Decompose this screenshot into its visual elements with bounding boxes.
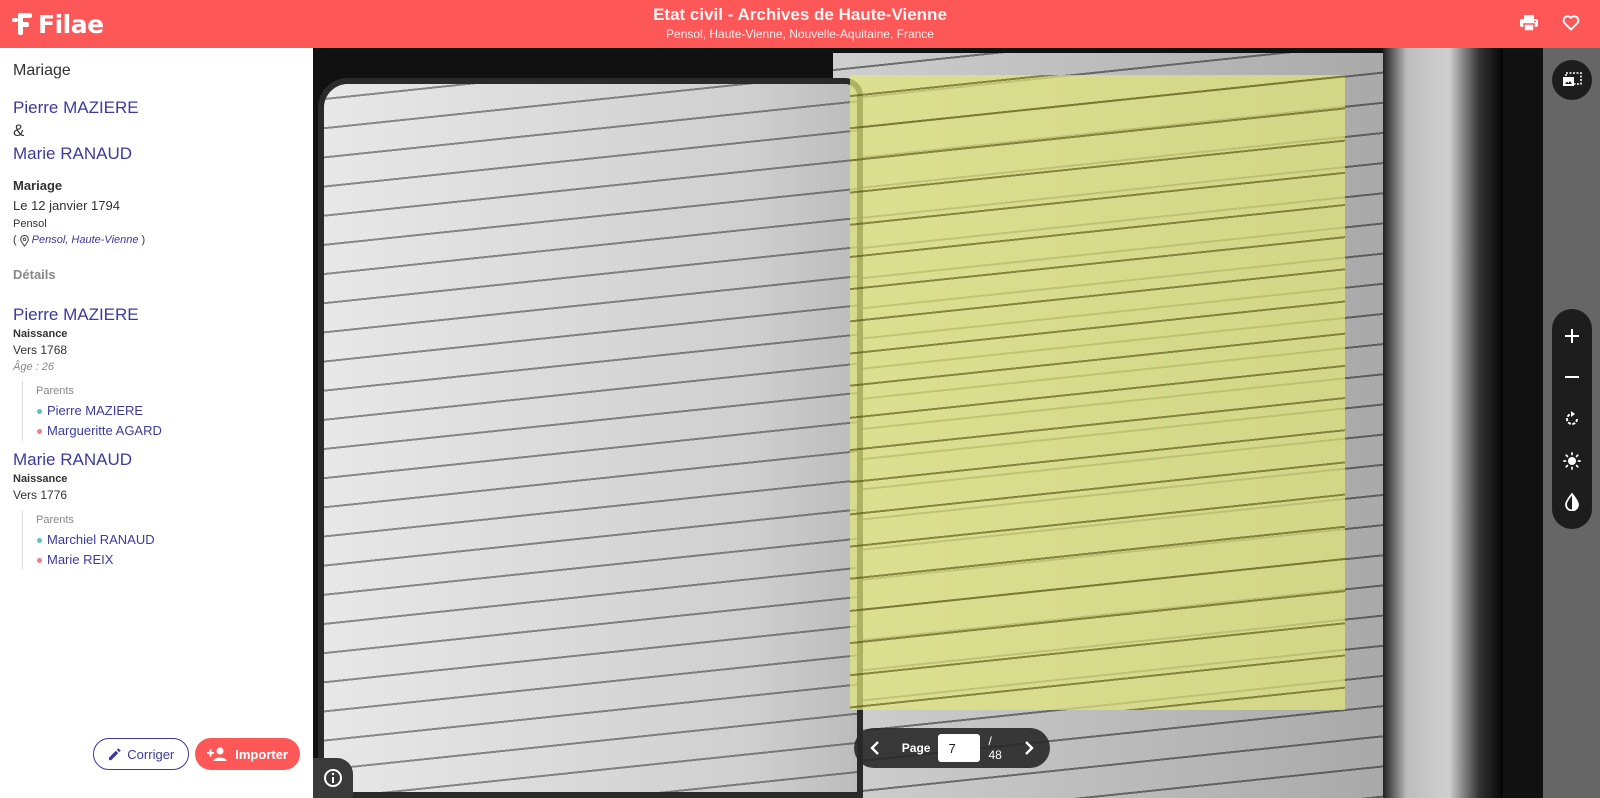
- parent-father-link[interactable]: Pierre MAZIERE: [36, 401, 300, 421]
- loc-open-paren: (: [13, 232, 17, 249]
- person-name-link[interactable]: Pierre MAZIERE: [13, 304, 300, 326]
- parent-mother-link[interactable]: Marie REIX: [36, 550, 300, 570]
- male-dot-icon: [37, 538, 42, 543]
- spouse-2-link[interactable]: Marie RANAUD: [13, 142, 300, 165]
- printer-icon: [1520, 15, 1538, 31]
- next-page-button[interactable]: [1020, 739, 1038, 757]
- zoom-out-button[interactable]: [1558, 363, 1586, 391]
- zoom-in-button[interactable]: [1558, 322, 1586, 350]
- parent-name: Pierre MAZIERE: [47, 401, 143, 421]
- previous-page-button[interactable]: [866, 739, 884, 757]
- info-button[interactable]: [313, 758, 353, 798]
- zoom-in-icon: [1564, 328, 1580, 344]
- event-type: Mariage: [13, 177, 300, 195]
- event-block: Mariage Le 12 janvier 1794 Pensol ( Pens…: [13, 177, 300, 249]
- favorite-button[interactable]: [1560, 12, 1582, 34]
- couple-separator: &: [13, 119, 300, 142]
- page-title: Etat civil - Archives de Haute-Vienne: [0, 4, 1600, 26]
- rotate-icon: [1564, 411, 1580, 427]
- parents-list: Parents Marchiel RANAUD Marie REIX: [22, 510, 300, 570]
- page-label: Page: [902, 741, 931, 755]
- chevron-right-icon: [1024, 741, 1034, 755]
- parent-father-link[interactable]: Marchiel RANAUD: [36, 530, 300, 550]
- page-number-input[interactable]: [938, 734, 980, 762]
- heart-icon: [1562, 15, 1580, 31]
- details-heading: Détails: [13, 267, 300, 282]
- map-pin-icon: [19, 235, 30, 247]
- chevron-left-icon: [870, 741, 880, 755]
- add-person-icon: [207, 747, 227, 761]
- event-location: ( Pensol, Haute-Vienne ): [13, 232, 300, 249]
- record-highlight: [850, 75, 1345, 710]
- person-birth-date: Vers 1776: [13, 487, 300, 504]
- page-total: / 48: [988, 734, 1008, 762]
- loc-close-paren: ): [142, 232, 146, 249]
- print-button[interactable]: [1518, 12, 1540, 34]
- sidebar-actions: Corriger Importer: [93, 738, 300, 770]
- male-dot-icon: [37, 409, 42, 414]
- female-dot-icon: [37, 558, 42, 563]
- parent-mother-link[interactable]: Margueritte AGARD: [36, 421, 300, 441]
- import-label: Importer: [235, 747, 288, 762]
- header-center: Etat civil - Archives de Haute-Vienne Pe…: [0, 4, 1600, 42]
- contrast-button[interactable]: [1558, 488, 1586, 516]
- brightness-icon: [1563, 452, 1581, 470]
- page-navigator: Page / 48: [854, 728, 1050, 768]
- person-age: Âge : 26: [13, 359, 300, 375]
- document-image[interactable]: [313, 48, 1543, 798]
- correct-label: Corriger: [127, 747, 174, 762]
- pencil-icon: [108, 748, 121, 761]
- contrast-icon: [1565, 493, 1579, 511]
- location-link[interactable]: Pensol, Haute-Vienne: [32, 232, 139, 249]
- spouse-1-link[interactable]: Pierre MAZIERE: [13, 96, 300, 119]
- parents-label: Parents: [36, 381, 300, 401]
- rotate-button[interactable]: [1558, 405, 1586, 433]
- info-icon: [323, 768, 343, 788]
- event-place: Pensol: [13, 216, 300, 232]
- record-sidebar: Mariage Pierre MAZIERE & Marie RANAUD Ma…: [0, 48, 313, 798]
- female-dot-icon: [37, 429, 42, 434]
- parents-list: Parents Pierre MAZIERE Margueritte AGARD: [22, 381, 300, 441]
- viewer-tools: [1552, 309, 1592, 529]
- correct-button[interactable]: Corriger: [93, 738, 189, 770]
- person-birth-date: Vers 1768: [13, 342, 300, 359]
- record-type-heading: Mariage: [13, 62, 300, 80]
- person-event-type: Naissance: [13, 471, 300, 487]
- page-subtitle: Pensol, Haute-Vienne, Nouvelle-Aquitaine…: [0, 26, 1600, 42]
- header-actions: [1518, 12, 1582, 34]
- parents-label: Parents: [36, 510, 300, 530]
- top-header: Filae Etat civil - Archives de Haute-Vie…: [0, 0, 1600, 48]
- brightness-button[interactable]: [1558, 447, 1586, 475]
- document-viewer[interactable]: Page / 48: [313, 48, 1600, 798]
- zoom-out-icon: [1564, 369, 1580, 385]
- event-date: Le 12 janvier 1794: [13, 195, 300, 216]
- person-event-type: Naissance: [13, 326, 300, 342]
- register-page-edge: [1383, 48, 1503, 798]
- parent-name: Marie REIX: [47, 550, 113, 570]
- image-thumbnail-icon: [1562, 72, 1582, 88]
- parent-name: Marchiel RANAUD: [47, 530, 155, 550]
- person-card: Marie RANAUD Naissance Vers 1776 Parents…: [13, 449, 300, 570]
- person-card: Pierre MAZIERE Naissance Vers 1768 Âge :…: [13, 304, 300, 441]
- person-name-link[interactable]: Marie RANAUD: [13, 449, 300, 471]
- thumbnail-toggle-button[interactable]: [1552, 60, 1592, 100]
- import-button[interactable]: Importer: [195, 738, 300, 770]
- register-page-left: [318, 78, 863, 798]
- couple-block: Pierre MAZIERE & Marie RANAUD: [13, 96, 300, 165]
- parent-name: Margueritte AGARD: [47, 421, 162, 441]
